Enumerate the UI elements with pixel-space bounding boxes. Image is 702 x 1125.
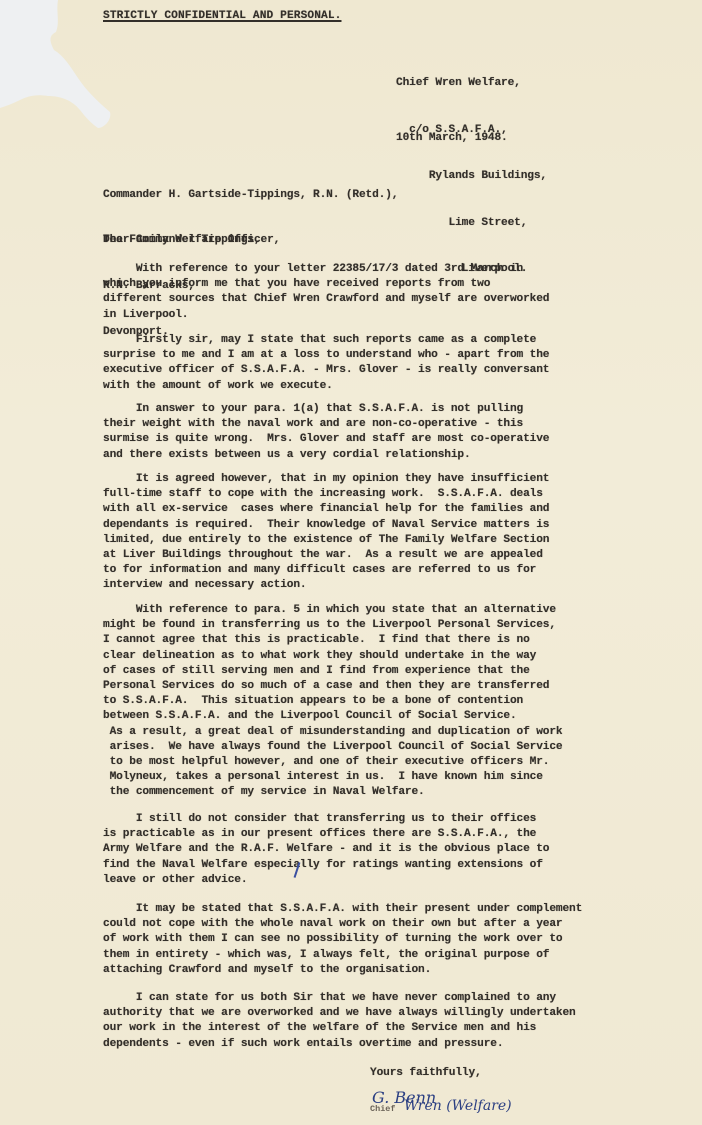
body-paragraph: With reference to your letter 22385/17/3…	[103, 262, 549, 323]
body-paragraph: It may be stated that S.S.A.F.A. with th…	[103, 902, 582, 978]
paragraph-line: With reference to para. 5 in which you s…	[103, 603, 562, 618]
paragraph-line: find the Naval Welfare especially for ra…	[103, 858, 549, 873]
paragraph-line: with the amount of work we execute.	[103, 379, 549, 394]
body-paragraph: With reference to para. 5 in which you s…	[103, 603, 562, 801]
paragraph-line: I still do not consider that transferrin…	[103, 812, 549, 827]
paragraph-line: Molyneux, takes a personal interest in u…	[103, 770, 562, 785]
closing: Yours faithfully,	[370, 1066, 482, 1081]
body-paragraph: It is agreed however, that in my opinion…	[103, 472, 549, 594]
body-paragraph: I still do not consider that transferrin…	[103, 812, 549, 888]
paragraph-line: to for information and many difficult ca…	[103, 563, 549, 578]
paragraph-line: In answer to your para. 1(a) that S.S.A.…	[103, 402, 549, 417]
paragraph-line: clear delineation as to what work they s…	[103, 649, 562, 664]
letter-date: 10th March, 1948.	[396, 131, 508, 146]
recipient-line: Commander H. Gartside-Tippings, R.N. (Re…	[103, 188, 398, 203]
paragraph-line: limited, due entirely to the existence o…	[103, 533, 549, 548]
classification-heading: STRICTLY CONFIDENTIAL AND PERSONAL.	[103, 9, 341, 24]
paragraph-line: arises. We have always found the Liverpo…	[103, 740, 562, 755]
paragraph-line: interview and necessary action.	[103, 578, 549, 593]
paragraph-line: I can state for us both Sir that we have…	[103, 991, 576, 1006]
paragraph-line: different sources that Chief Wren Crawfo…	[103, 292, 549, 307]
paragraph-line: As a result, a great deal of misundersta…	[103, 725, 562, 740]
paragraph-line: It may be stated that S.S.A.F.A. with th…	[103, 902, 582, 917]
body-paragraph: Firstly sir, may I state that such repor…	[103, 333, 549, 394]
letter-page: STRICTLY CONFIDENTIAL AND PERSONAL. Chie…	[0, 0, 702, 1125]
address-line: Chief Wren Welfare,	[396, 76, 547, 92]
paragraph-line: and there exists between us a very cordi…	[103, 448, 549, 463]
paragraph-line: surmise is quite wrong. Mrs. Glover and …	[103, 432, 549, 447]
paragraph-line: the commencement of my service in Naval …	[103, 785, 562, 800]
paragraph-line: could not cope with the whole naval work…	[103, 917, 582, 932]
paragraph-line: surprise to me and I am at a loss to und…	[103, 348, 549, 363]
body-paragraph: In answer to your para. 1(a) that S.S.A.…	[103, 402, 549, 463]
paragraph-line: our work in the interest of the welfare …	[103, 1021, 576, 1036]
paragraph-line: Personal Services do so much of a case a…	[103, 679, 562, 694]
paragraph-line: which you inform me that you have receiv…	[103, 277, 549, 292]
paragraph-line: to S.S.A.F.A. This situation appears to …	[103, 694, 562, 709]
paragraph-line: dependents - even if such work entails o…	[103, 1037, 576, 1052]
torn-corner	[0, 0, 120, 130]
paragraph-line: attaching Crawford and myself to the org…	[103, 963, 582, 978]
paragraph-line: full-time staff to cope with the increas…	[103, 487, 549, 502]
paragraph-line: Army Welfare and the R.A.F. Welfare - an…	[103, 842, 549, 857]
signatory-prefix: Chief	[370, 1104, 396, 1114]
address-line: Lime Street,	[396, 216, 547, 232]
paragraph-line: at Liver Buildings throughout the war. A…	[103, 548, 549, 563]
signatory-title: Wren (Welfare)	[404, 1098, 512, 1114]
paragraph-line: With reference to your letter 22385/17/3…	[103, 262, 549, 277]
paragraph-line: It is agreed however, that in my opinion…	[103, 472, 549, 487]
paragraph-line: in Liverpool.	[103, 308, 549, 323]
paragraph-line: authority that we are overworked and we …	[103, 1006, 576, 1021]
paragraph-line: is practicable as in our present offices…	[103, 827, 549, 842]
body-paragraph: I can state for us both Sir that we have…	[103, 991, 576, 1052]
paragraph-line: of cases of still serving men and I find…	[103, 664, 562, 679]
paragraph-line: leave or other advice.	[103, 873, 549, 888]
paragraph-line: between S.S.A.F.A. and the Liverpool Cou…	[103, 709, 562, 724]
paragraph-line: to be most helpful however, and one of t…	[103, 755, 562, 770]
paragraph-line: with all ex-service cases where financia…	[103, 502, 549, 517]
paragraph-line: Firstly sir, may I state that such repor…	[103, 333, 549, 348]
salutation: Dear Commander Tippings,	[103, 233, 261, 248]
paragraph-line: executive officer of S.S.A.F.A. - Mrs. G…	[103, 363, 549, 378]
paragraph-line: them in entirety - which was, I always f…	[103, 948, 582, 963]
address-line: Rylands Buildings,	[396, 169, 547, 185]
paragraph-line: dependants is required. Their knowledge …	[103, 518, 549, 533]
paragraph-line: of work with them I can see no possibili…	[103, 932, 582, 947]
paragraph-line: might be found in transferring us to the…	[103, 618, 562, 633]
paragraph-line: I cannot agree that this is practicable.…	[103, 633, 562, 648]
paragraph-line: their weight with the naval work and are…	[103, 417, 549, 432]
